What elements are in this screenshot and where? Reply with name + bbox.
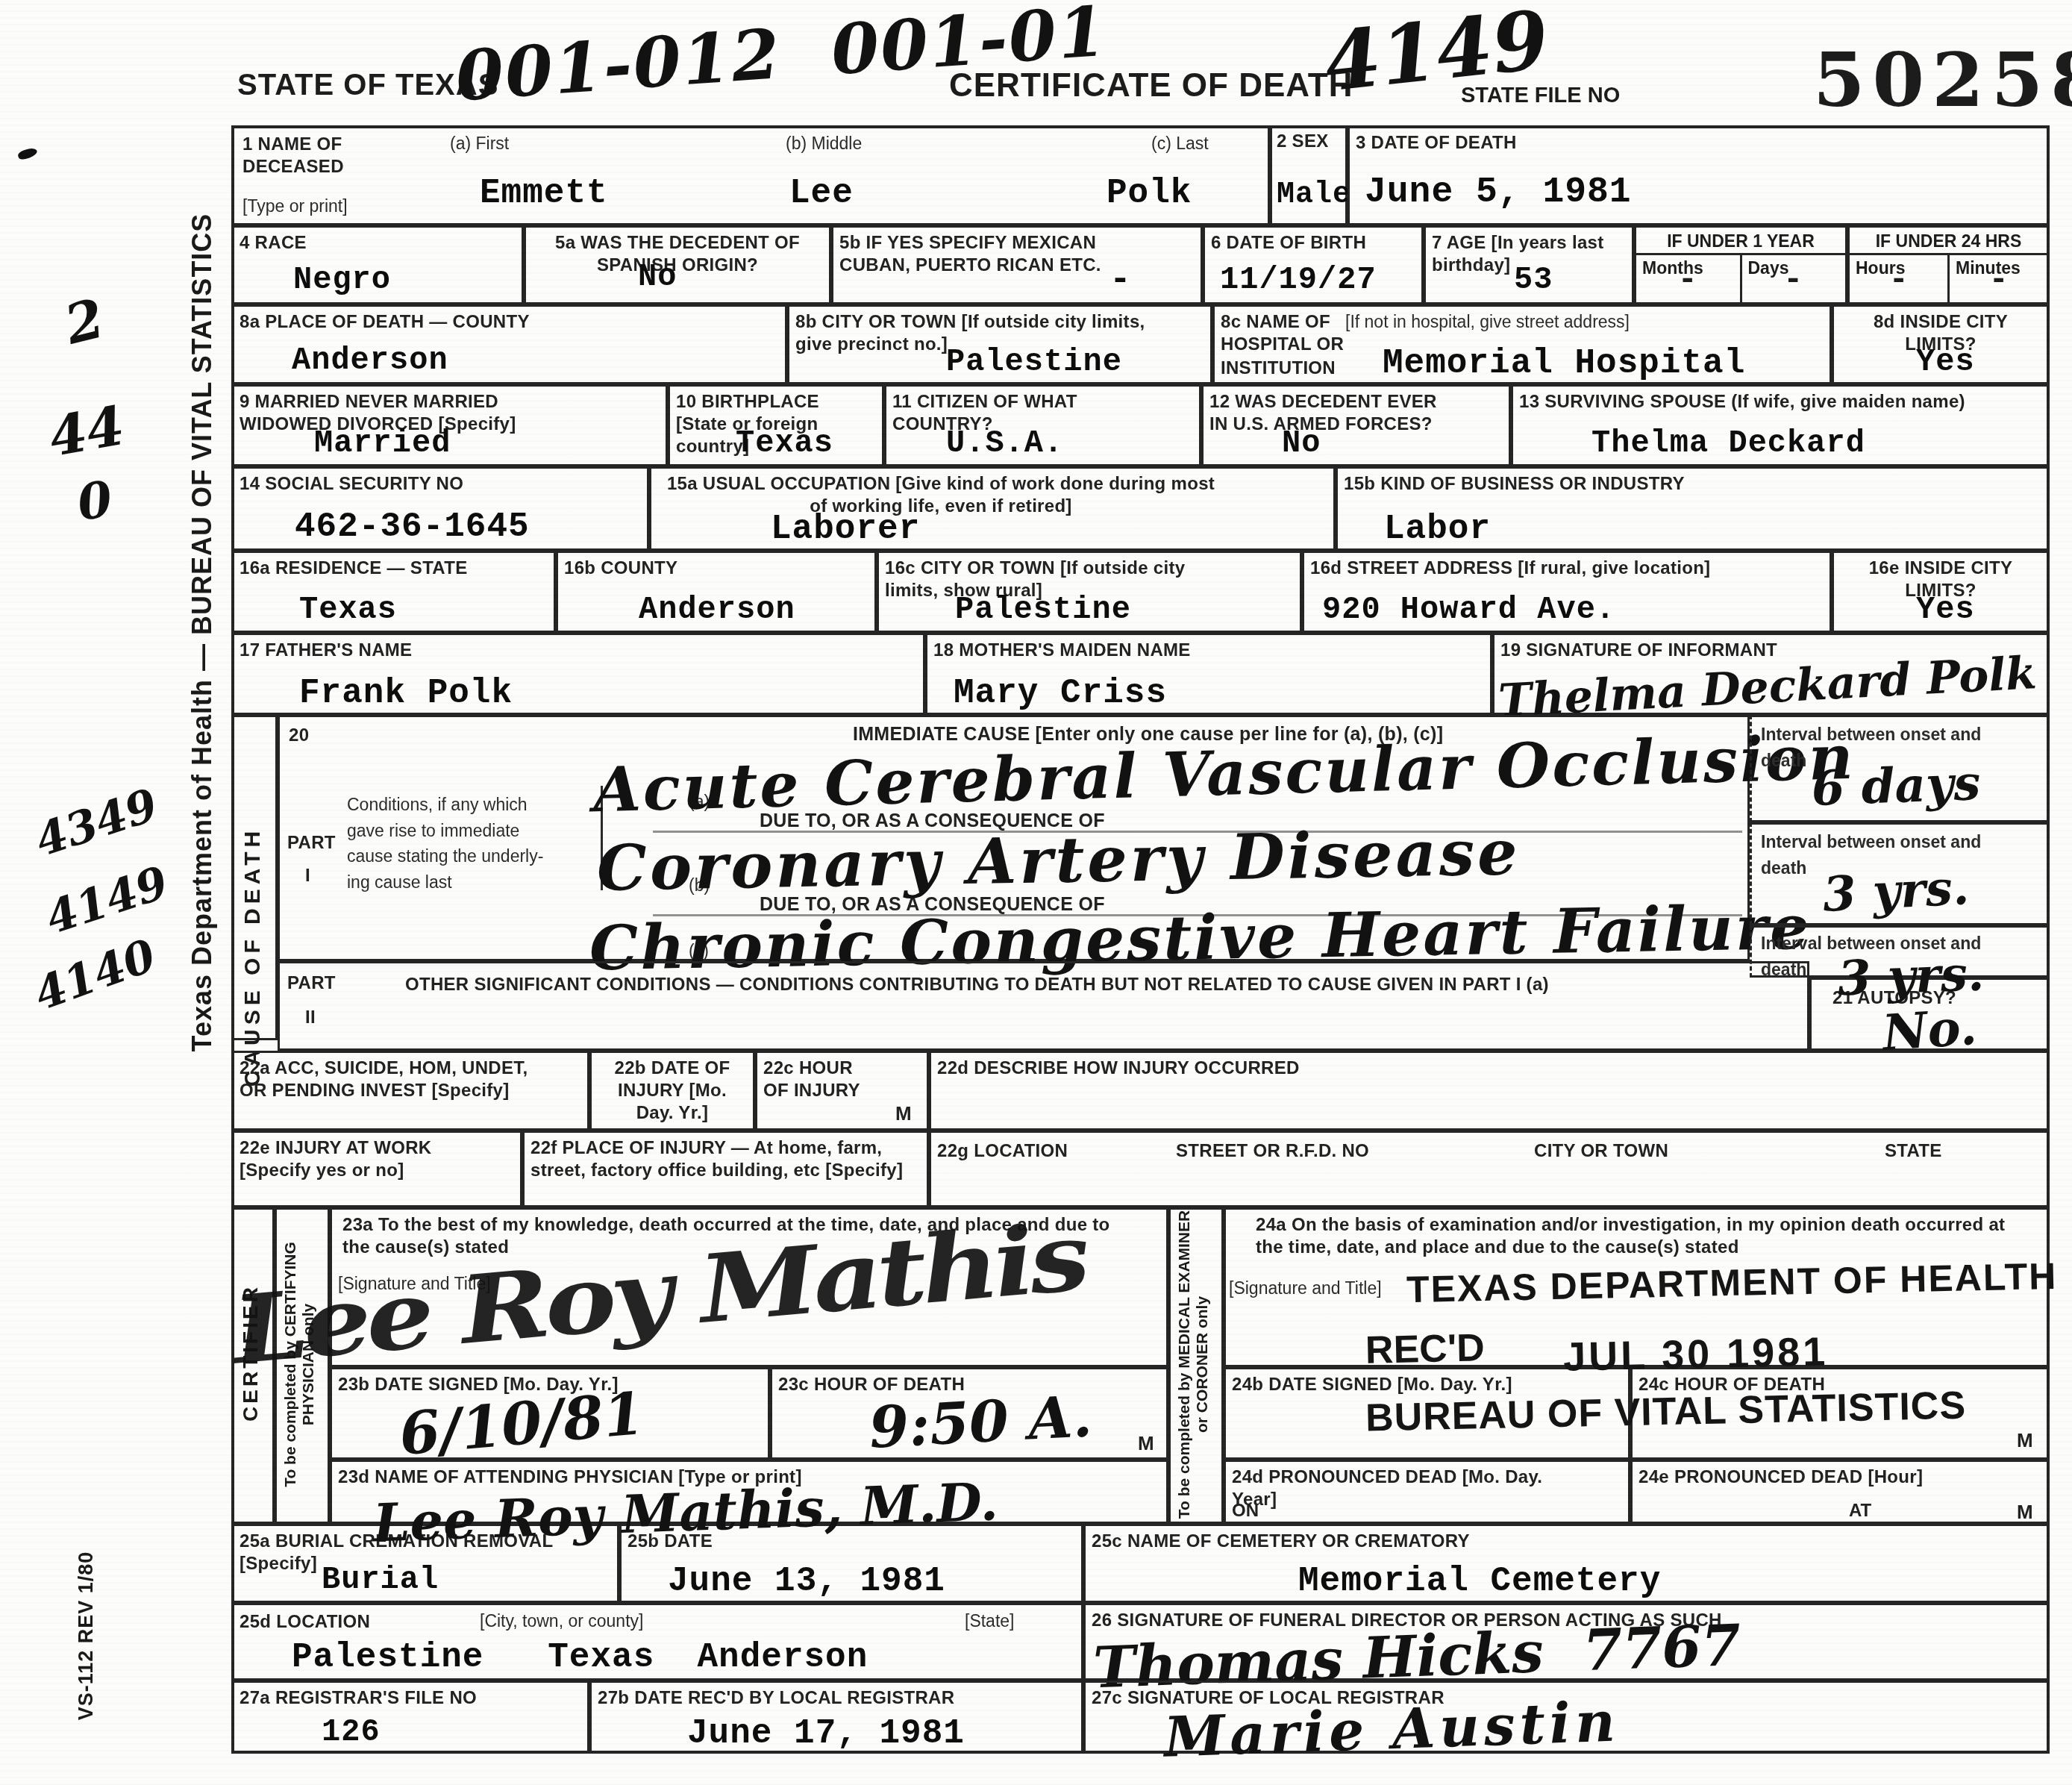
margin-number-6: 4140 bbox=[28, 930, 163, 1022]
field-label: 16d STREET ADDRESS [If rural, give locat… bbox=[1304, 553, 1830, 584]
margin-number-4: 4349 bbox=[29, 779, 163, 867]
field-street-address: 16d STREET ADDRESS [If rural, give locat… bbox=[1302, 551, 1832, 633]
conditions-note: Conditions, if any which gave rise to im… bbox=[347, 792, 563, 895]
hours-cell: Hours - bbox=[1850, 255, 1947, 302]
first-name-label: (a) First bbox=[450, 134, 509, 154]
state-file-no-label: STATE FILE NO bbox=[1461, 84, 1620, 108]
part2-roman: II bbox=[299, 1002, 322, 1034]
field-value: Palestine bbox=[955, 592, 1131, 628]
field-value: June 13, 1981 bbox=[668, 1562, 945, 1601]
hour-of-death-script: 9:50 A. bbox=[868, 1383, 1094, 1461]
months-cell: Months - bbox=[1636, 255, 1740, 302]
injury-place-cell: 22f PLACE OF INJURY — At home, farm, str… bbox=[522, 1131, 929, 1207]
field-label: 22f PLACE OF INJURY — At home, farm, str… bbox=[525, 1133, 924, 1187]
injury-hour-cell: 22c HOUR OF INJURY M bbox=[755, 1051, 929, 1131]
field-label: 3 DATE OF DEATH bbox=[1350, 128, 2047, 159]
ink-smudge bbox=[17, 146, 39, 161]
city-town-county-sublabel: [City, town, or county] bbox=[480, 1611, 643, 1631]
interval-b-cell: Interval between onset and death 3 yrs. bbox=[1750, 822, 2050, 925]
field-label: 24e PRONOUNCED DEAD [Hour] bbox=[1633, 1462, 2047, 1493]
field-funeral-director-signature: 26 SIGNATURE OF FUNERAL DIRECTOR OR PERS… bbox=[1083, 1603, 2050, 1681]
field-value: Palestine bbox=[946, 344, 1122, 380]
field-mothers-maiden-name: 18 MOTHER'S MAIDEN NAME Mary Criss bbox=[925, 633, 1492, 715]
margin-number-5: 4149 bbox=[40, 857, 174, 945]
certifier-23c-cell: 23c HOUR OF DEATH 9:50 A. M bbox=[770, 1367, 1168, 1460]
field-label: 16a RESIDENCE — STATE bbox=[234, 553, 554, 584]
field-value: No bbox=[638, 259, 677, 295]
field-fathers-name: 17 FATHER'S NAME Frank Polk bbox=[231, 633, 925, 715]
meridiem-m: M bbox=[895, 1102, 912, 1125]
state-sublabel: [State] bbox=[965, 1611, 1014, 1631]
field-burial-location: 25d LOCATION [City, town, or county] [St… bbox=[231, 1603, 1083, 1681]
field-value: June 17, 1981 bbox=[687, 1714, 965, 1753]
field-date-received-registrar: 27b DATE REC'D BY LOCAL REGISTRAR June 1… bbox=[589, 1681, 1083, 1754]
field-residence-county: 16b COUNTY Anderson bbox=[556, 551, 877, 633]
state-label: STATE bbox=[1879, 1136, 1948, 1167]
field-value: Palestine Texas Anderson bbox=[292, 1638, 868, 1677]
certificate-title: CERTIFICATE OF DEATH bbox=[949, 67, 1353, 104]
field-sublabel: [Type or print] bbox=[242, 196, 348, 216]
field-value: 53 bbox=[1514, 262, 1553, 298]
middle-name-label: (b) Middle bbox=[786, 134, 862, 154]
certifier-24e-cell: 24e PRONOUNCED DEAD [Hour] AT M bbox=[1630, 1460, 2050, 1524]
minutes-value: - bbox=[1988, 262, 2008, 299]
field-value: 920 Howard Ave. bbox=[1322, 592, 1615, 628]
field-if-under-1-year: IF UNDER 1 YEAR Months - Days - bbox=[1634, 225, 1847, 304]
meridiem-m: M bbox=[2017, 1501, 2033, 1524]
field-value: Memorial Cemetery bbox=[1298, 1562, 1661, 1601]
field-value: No bbox=[1282, 425, 1321, 461]
days-cell: Days - bbox=[1740, 255, 1846, 302]
state-file-number: 50258 bbox=[1813, 36, 2072, 124]
certifier-23b-cell: 23b DATE SIGNED [Mo. Day. Yr.] 6/10/81 bbox=[330, 1367, 770, 1460]
field-value: Anderson bbox=[639, 592, 795, 628]
field-social-security-no: 14 SOCIAL SECURITY NO 462-36-1645 bbox=[231, 466, 649, 551]
field-place-of-death-county: 8a PLACE OF DEATH — COUNTY Anderson bbox=[231, 304, 787, 384]
last-name-label: (c) Last bbox=[1151, 134, 1209, 154]
field-citizen-of: 11 CITIZEN OF WHAT COUNTRY? U.S.A. bbox=[884, 384, 1201, 466]
field-race: 4 RACE Negro bbox=[231, 225, 524, 304]
field-birthplace: 10 BIRTHPLACE [State or foreign country]… bbox=[668, 384, 884, 466]
field-label: 24d PRONOUNCED DEAD [Mo. Day. Year] bbox=[1226, 1462, 1551, 1516]
field-label: 22a ACC, SUICIDE, HOM, UNDET, OR PENDING… bbox=[234, 1053, 544, 1107]
other-conditions-label: OTHER SIGNIFICANT CONDITIONS — CONDITION… bbox=[399, 969, 1791, 1001]
vertical-agency-title: Texas Department of Health — BUREAU OF V… bbox=[187, 127, 218, 1138]
certifier-24d-cell: 24d PRONOUNCED DEAD [Mo. Day. Year] ON bbox=[1224, 1460, 1630, 1524]
field-cemetery-name: 25c NAME OF CEMETERY OR CREMATORY Memori… bbox=[1083, 1524, 2050, 1603]
field-label: 15b KIND OF BUSINESS OR INDUSTRY bbox=[1338, 469, 2047, 500]
field-name-of-deceased: 1 NAME OF DECEASED [Type or print] (a) F… bbox=[231, 125, 1270, 225]
field-label: 22c HOUR OF INJURY bbox=[757, 1053, 889, 1107]
cause-number: 20 bbox=[283, 720, 315, 751]
certifier-23a-cell: 23a To the best of my knowledge, death o… bbox=[330, 1207, 1168, 1367]
minutes-cell: Minutes - bbox=[1947, 255, 2047, 302]
death-certificate-scan: STATE OF TEXAS 001-012 001-01 CERTIFICAT… bbox=[0, 0, 2072, 1785]
field-value: 462-36-1645 bbox=[295, 507, 530, 546]
field-label: 5a WAS THE DECEDENT OF SPANISH ORIGIN? bbox=[526, 228, 829, 281]
field-value: Frank Polk bbox=[299, 674, 513, 713]
field-label: 15a USUAL OCCUPATION [Give kind of work … bbox=[651, 469, 1230, 522]
field-label: 8a PLACE OF DEATH — COUNTY bbox=[234, 307, 785, 338]
field-label: 24a On the basis of examination and/or i… bbox=[1226, 1210, 2015, 1263]
injury-manner-cell: 22a ACC, SUICIDE, HOM, UNDET, OR PENDING… bbox=[231, 1051, 589, 1131]
field-kind-of-business: 15b KIND OF BUSINESS OR INDUSTRY Labor bbox=[1336, 466, 2050, 551]
margin-number-2: 44 bbox=[44, 393, 128, 469]
pronounced-on-label: ON bbox=[1232, 1501, 1259, 1522]
cause-part2-cell: PART II OTHER SIGNIFICANT CONDITIONS — C… bbox=[278, 961, 1809, 1051]
interval-a-cell: Interval between onset and death 6 days bbox=[1750, 715, 2050, 822]
field-marital-status: 9 MARRIED NEVER MARRIED WIDOWED DIVORCED… bbox=[231, 384, 668, 466]
certifier-23d-cell: 23d NAME OF ATTENDING PHYSICIAN [Type or… bbox=[330, 1460, 1168, 1524]
field-label: 25c NAME OF CEMETERY OR CREMATORY bbox=[1086, 1526, 2047, 1557]
cause-line-b-script: Coronary Artery Disease bbox=[596, 815, 1521, 905]
field-sublabel: [If not in hospital, give street address… bbox=[1345, 312, 1630, 332]
field-registrars-file-no: 27a REGISTRAR'S FILE NO 126 bbox=[231, 1681, 589, 1754]
field-value: Memorial Hospital bbox=[1383, 344, 1745, 383]
field-value: June 5, 1981 bbox=[1365, 172, 1632, 213]
field-label: 1 NAME OF DECEASED bbox=[237, 129, 420, 183]
health-dept-stamp-recd: REC'D bbox=[1365, 1325, 1485, 1372]
hours-value: - bbox=[1888, 262, 1908, 299]
field-city-or-town-death: 8b CITY OR TOWN [If outside city limits,… bbox=[787, 304, 1212, 384]
field-value: 126 bbox=[322, 1714, 381, 1750]
field-label: 13 SURVIVING SPOUSE (If wife, give maide… bbox=[1513, 387, 2047, 418]
field-label: 2 SEX bbox=[1272, 128, 1345, 156]
field-label: 22b DATE OF INJURY [Mo. Day. Yr.] bbox=[592, 1053, 753, 1129]
medical-examiner-vertical-label: To be completed by MEDICAL EXAMINER or C… bbox=[1176, 1210, 1212, 1519]
field-inside-city-limits-death: 8d INSIDE CITY LIMITS? Yes bbox=[1832, 304, 2050, 384]
meridiem-m: M bbox=[1138, 1432, 1154, 1455]
field-label: 17 FATHER'S NAME bbox=[234, 635, 923, 666]
meridiem-m: M bbox=[2017, 1429, 2033, 1452]
interval-c-value: 3 yrs. bbox=[1837, 946, 1985, 1007]
part1-roman: I bbox=[299, 860, 316, 892]
injury-at-work-cell: 22e INJURY AT WORK [Specify yes or no] bbox=[231, 1131, 522, 1207]
first-name-value: Emmett bbox=[480, 174, 608, 213]
middle-name-value: Lee bbox=[789, 174, 854, 213]
part2-word: PART bbox=[281, 968, 342, 999]
pronounced-at-label: AT bbox=[1849, 1501, 1871, 1522]
field-date-of-death: 3 DATE OF DEATH June 5, 1981 bbox=[1348, 125, 2050, 225]
field-value: Labor bbox=[1384, 510, 1491, 548]
field-label: 5b IF YES SPECIFY MEXICAN CUBAN, PUERTO … bbox=[833, 228, 1144, 281]
field-value: Married bbox=[314, 425, 451, 461]
field-label: 6 DATE OF BIRTH bbox=[1205, 228, 1421, 259]
field-value: Texas bbox=[299, 592, 397, 628]
field-label: 4 RACE bbox=[234, 228, 522, 259]
city-label: CITY OR TOWN bbox=[1528, 1136, 1674, 1167]
field-age: 7 AGE [In years last birthday] 53 bbox=[1424, 225, 1634, 304]
under-1-year-label: IF UNDER 1 YEAR bbox=[1636, 228, 1845, 255]
field-armed-forces: 12 WAS DECEDENT EVER IN U.S. ARMED FORCE… bbox=[1201, 384, 1511, 466]
street-label: STREET OR R.F.D. NO bbox=[1170, 1136, 1375, 1167]
health-dept-stamp-date: JUL 30 1981 bbox=[1562, 1328, 1828, 1380]
field-value: Mary Criss bbox=[954, 674, 1167, 713]
form-code: VS-112 REV 1/80 bbox=[75, 1516, 98, 1755]
field-label: 27b DATE REC'D BY LOCAL REGISTRAR bbox=[592, 1683, 1081, 1714]
field-value: Negro bbox=[293, 262, 391, 298]
injury-location-cell: 22g LOCATION STREET OR R.F.D. NO CITY OR… bbox=[929, 1131, 2050, 1207]
last-name-value: Polk bbox=[1107, 174, 1192, 213]
field-informant-signature: 19 SIGNATURE OF INFORMANT Thelma Deckard… bbox=[1492, 633, 2050, 715]
field-label: 22e INJURY AT WORK [Specify yes or no] bbox=[234, 1133, 454, 1187]
cause-part1-cell: 20 PART I Conditions, if any which gave … bbox=[278, 715, 1750, 961]
part1-word: PART bbox=[281, 828, 342, 859]
margin-number-1: 2 bbox=[58, 286, 110, 357]
field-value: - bbox=[1109, 260, 1132, 301]
field-value: Thelma Deckard bbox=[1591, 425, 1865, 461]
location-label: 22g LOCATION bbox=[931, 1136, 1074, 1167]
months-value: - bbox=[1677, 262, 1697, 299]
under-24-hrs-label: IF UNDER 24 HRS bbox=[1850, 228, 2047, 255]
injury-date-cell: 22b DATE OF INJURY [Mo. Day. Yr.] bbox=[589, 1051, 755, 1131]
field-if-under-24-hrs: IF UNDER 24 HRS Hours - Minutes - bbox=[1847, 225, 2050, 304]
interval-a-value: 6 days bbox=[1811, 755, 1982, 817]
margin-number-3: 0 bbox=[74, 469, 116, 532]
field-spanish-specify: 5b IF YES SPECIFY MEXICAN CUBAN, PUERTO … bbox=[831, 225, 1203, 304]
field-value: Male bbox=[1277, 178, 1351, 212]
field-label: 14 SOCIAL SECURITY NO bbox=[234, 469, 647, 500]
field-sex: 2 SEX Male bbox=[1270, 125, 1348, 225]
field-value: Burial bbox=[322, 1562, 439, 1598]
signature-title-sublabel: [Signature and Title] bbox=[1229, 1278, 1382, 1298]
field-label: 18 MOTHER'S MAIDEN NAME bbox=[927, 635, 1490, 666]
field-value: 11/19/27 bbox=[1220, 262, 1377, 298]
field-value: Laborer bbox=[771, 510, 920, 548]
days-value: - bbox=[1783, 262, 1803, 299]
field-residence-city: 16c CITY OR TOWN [If outside city limits… bbox=[877, 551, 1302, 633]
field-label: 12 WAS DECEDENT EVER IN U.S. ARMED FORCE… bbox=[1204, 387, 1462, 440]
field-label: 16b COUNTY bbox=[558, 553, 874, 584]
field-inside-city-limits-residence: 16e INSIDE CITY LIMITS? Yes bbox=[1832, 551, 2050, 633]
field-date-of-birth: 6 DATE OF BIRTH 11/19/27 bbox=[1203, 225, 1424, 304]
field-usual-occupation: 15a USUAL OCCUPATION [Give kind of work … bbox=[649, 466, 1336, 551]
field-value: Yes bbox=[1916, 344, 1975, 380]
field-label: 22d DESCRIBE HOW INJURY OCCURRED bbox=[931, 1053, 2047, 1084]
injury-describe-cell: 22d DESCRIBE HOW INJURY OCCURRED bbox=[929, 1051, 2050, 1131]
field-value: U.S.A. bbox=[946, 425, 1063, 461]
interval-b-value: 3 yrs. bbox=[1821, 860, 1971, 923]
field-residence-state: 16a RESIDENCE — STATE Texas bbox=[231, 551, 556, 633]
field-hospital-name: 8c NAME OF [If not in hospital, give str… bbox=[1212, 304, 1832, 384]
field-value: Texas bbox=[736, 425, 833, 461]
field-local-registrar-signature: 27c SIGNATURE OF LOCAL REGISTRAR Marie A… bbox=[1083, 1681, 2050, 1754]
field-surviving-spouse: 13 SURVIVING SPOUSE (If wife, give maide… bbox=[1511, 384, 2050, 466]
field-label: 27a REGISTRAR'S FILE NO bbox=[234, 1683, 587, 1714]
field-label-line3: INSTITUTION bbox=[1215, 353, 1342, 384]
field-value: Yes bbox=[1916, 592, 1975, 628]
field-label: 25d LOCATION bbox=[234, 1607, 376, 1638]
field-value: Anderson bbox=[292, 343, 448, 378]
field-spanish-origin: 5a WAS THE DECEDENT OF SPANISH ORIGIN? N… bbox=[524, 225, 831, 304]
